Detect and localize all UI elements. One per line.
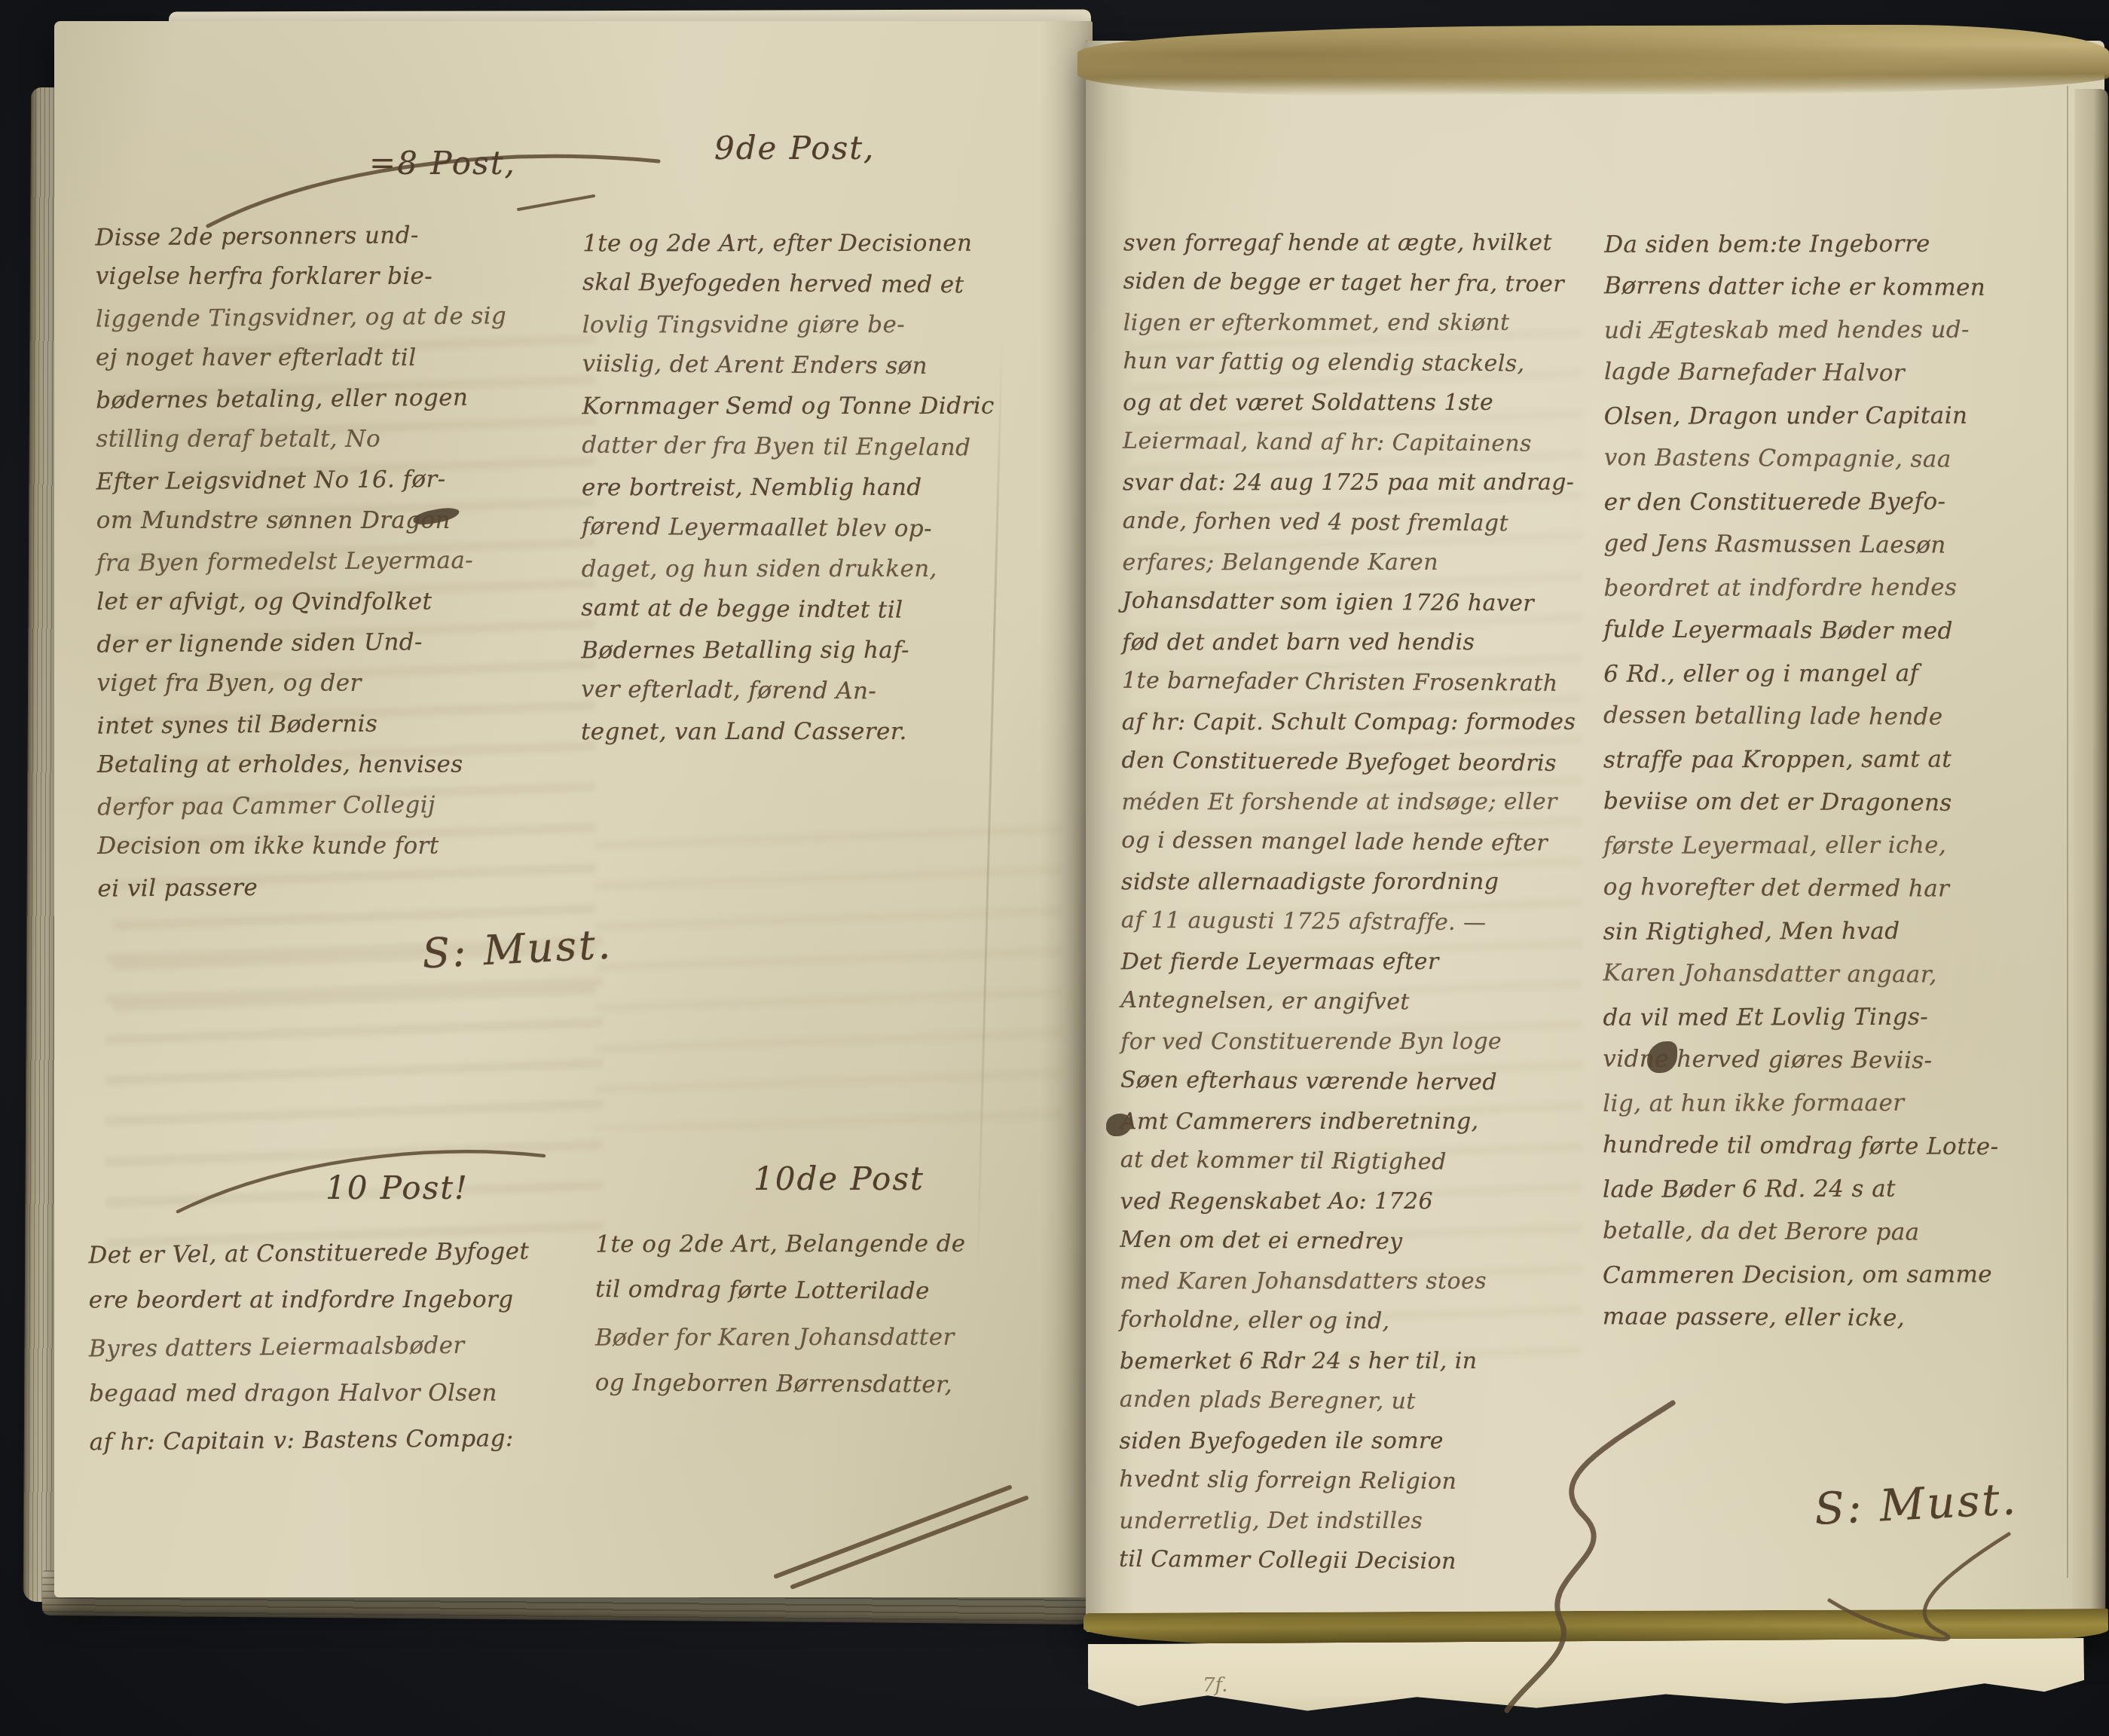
handwriting-line: Leiermaal, kand af hr: Capitainens xyxy=(1123,421,1605,464)
handwriting-line: vigelse herfra forklarer bie- xyxy=(96,256,593,297)
handwriting-line: ligen er efterkommet, end skiønt xyxy=(1123,303,1606,344)
handwriting-line: Karen Johansdatter angaar, xyxy=(1603,952,2092,997)
handwriting-line: Efter Leigsvidnet No 16. før- xyxy=(96,457,593,502)
handwriting-line: dessen betalling lade hende xyxy=(1603,694,2093,739)
handwriting-line: skal Byefogeden herved med et xyxy=(582,262,1080,307)
handwriting-line: og at det været Soldattens 1ste xyxy=(1123,383,1605,423)
handwriting-line: Amt Cammerers indberetning, xyxy=(1120,1102,1603,1142)
handwriting-line: ej noget haver efterladt til xyxy=(96,338,593,378)
section-heading-post10b: 10de Post xyxy=(753,1160,925,1197)
handwriting-line: af hr: Capitain v: Bastens Compag: xyxy=(89,1414,617,1466)
handwriting-line: erfares; Belangende Karen xyxy=(1123,542,1605,583)
handwriting-line: til omdrag førte Lotterilade xyxy=(595,1266,1085,1316)
handwriting-line: bødernes betaling, eller nogen xyxy=(96,376,593,420)
handwriting-line: siden Byefogeden ile somre xyxy=(1119,1421,1601,1462)
handwriting-line: méden Et forshende at indsøge; eller xyxy=(1121,782,1603,823)
handwriting-line: anden plads Beregner, ut xyxy=(1120,1380,1602,1423)
handwriting-line: Bøder for Karen Johansdatter xyxy=(595,1313,1085,1361)
handwriting-line: førend Leyermaallet blev op- xyxy=(582,506,1079,551)
signature-must-left: S: Must. xyxy=(421,920,614,977)
handwriting-line: begaad med dragon Halvor Olsen xyxy=(89,1369,616,1417)
handwriting-line: svar dat: 24 aug 1725 paa mit andrag- xyxy=(1123,463,1605,503)
section-heading-post9: 9de Post, xyxy=(714,130,875,167)
handwriting-line: Bødernes Betalling sig haf- xyxy=(581,630,1078,671)
handwriting-line: sin Rigtighed, Men hvad xyxy=(1603,909,2093,954)
handwriting-line: underretlig, Det indstilles xyxy=(1119,1501,1601,1542)
handwriting-line: maae passere, eller icke, xyxy=(1603,1295,2092,1340)
handwriting-line: lig, at hun ikke formaaer xyxy=(1603,1081,2092,1126)
handwriting-line: Disse 2de personners und- xyxy=(95,213,592,258)
handwriting-line: sidste allernaadigste forordning xyxy=(1121,862,1603,903)
right-page-crumpled-top-edge xyxy=(1077,24,2109,97)
handwriting-line: ere bortreist, Nemblig hand xyxy=(582,467,1079,509)
handwriting-line: ged Jens Rasmussen Laesøn xyxy=(1603,522,2093,567)
handwriting-line: 1te og 2de Art, efter Decisionen xyxy=(582,223,1080,264)
handwriting-line: den Constituerede Byefoget beordris xyxy=(1121,741,1603,784)
handwriting-line: tegnet, van Land Casserer. xyxy=(581,711,1078,753)
handwriting-line: fød det andet barn ved hendis xyxy=(1122,622,1604,663)
flourish-stroke xyxy=(518,196,594,209)
handwriting-line: von Bastens Compagnie, saa xyxy=(1604,436,2094,481)
handwriting-line: af 11 augusti 1725 afstraffe. — xyxy=(1121,900,1603,943)
handwriting-line: lagde Barnefader Halvor xyxy=(1604,350,2094,396)
handwriting-line: er den Constituerede Byefo- xyxy=(1604,480,2094,524)
handwriting-line: straffe paa Kroppen, samt at xyxy=(1603,738,2093,782)
handwriting-line: intet synes til Bødernis xyxy=(97,701,594,746)
handwriting-line: beordret at indfordre hendes xyxy=(1603,566,2093,610)
handwriting-line: hun var fattig og elendig stackels, xyxy=(1123,341,1605,384)
text-column-right-1: sven forregaf hende at ægte, hvilketside… xyxy=(1119,222,1606,1582)
handwriting-line: beviise om det er Dragonens xyxy=(1603,780,2093,825)
handwriting-line: 1te barnefader Christen Frosenkrath xyxy=(1122,661,1604,704)
text-column-left-1-post8: Disse 2de personners und-vigelse herfra … xyxy=(95,215,594,908)
handwriting-line: sven forregaf hende at ægte, hvilket xyxy=(1123,223,1606,264)
handwriting-line: Da siden bem:te Ingeborre xyxy=(1604,222,2094,267)
flourish-stroke xyxy=(776,1487,1010,1576)
handwriting-line: ved Regenskabet Ao: 1726 xyxy=(1120,1181,1603,1222)
manuscript-scan: =8 Post, Disse 2de personners und-vigels… xyxy=(0,0,2109,1736)
handwriting-line: til Cammer Collegii Decision xyxy=(1119,1539,1601,1582)
handwriting-line: siden de begge er taget her fra, troer xyxy=(1123,261,1606,304)
handwriting-line: Olsen, Dragon under Capitain xyxy=(1604,394,2094,439)
handwriting-line: Cammeren Decision, om samme xyxy=(1603,1253,2092,1297)
handwriting-line: om Mundstre sønnen Dragon xyxy=(96,500,594,541)
handwriting-line: Antegnelsen, er angifvet xyxy=(1120,980,1603,1023)
marginal-mark: 7f. xyxy=(1203,1674,1228,1697)
handwriting-line: første Leyermaal, eller iche, xyxy=(1603,824,2093,868)
handwriting-line: datter der fra Byen til Engeland xyxy=(582,425,1079,469)
handwriting-line: Decision om ikke kunde fort xyxy=(97,826,594,866)
handwriting-line: daget, og hun siden drukken, xyxy=(582,549,1079,590)
handwriting-line: samt at de begge indtet til xyxy=(581,588,1078,632)
handwriting-line: let er afvigt, og Qvindfolket xyxy=(96,582,594,622)
handwriting-line: og i dessen mangel lade hende efter xyxy=(1121,821,1603,863)
text-column-left-1-post10: Det er Vel, at Constituerede Byfogetere … xyxy=(88,1228,617,1465)
handwriting-line: hundrede til omdrag førte Lotte- xyxy=(1603,1123,2092,1169)
signature-must-right: S: Must. xyxy=(1813,1473,2019,1535)
handwriting-line: udi Ægteskab med hendes ud- xyxy=(1604,308,2094,353)
handwriting-line: lovlig Tingsvidne giøre be- xyxy=(582,304,1080,346)
handwriting-line: viget fra Byen, og der xyxy=(97,663,594,704)
flourish-stroke xyxy=(761,1463,1047,1591)
text-column-left-2-post10: 1te og 2de Art, Belangende detil omdrag … xyxy=(595,1220,1086,1408)
handwriting-line: hvednt slig forreign Religion xyxy=(1119,1459,1601,1502)
handwriting-line: ande, forhen ved 4 post fremlagt xyxy=(1123,501,1605,544)
handwriting-line: Men om det ei ernedrey xyxy=(1120,1220,1602,1263)
handwriting-line: at det kommer til Rigtighed xyxy=(1120,1140,1603,1183)
section-heading-post8: =8 Post, xyxy=(369,145,516,182)
handwriting-line: bemerket 6 Rdr 24 s her til, in xyxy=(1120,1341,1602,1382)
handwriting-line: Kornmager Semd og Tonne Didric xyxy=(582,386,1079,427)
handwriting-line: af hr: Capit. Schult Compag: formodes xyxy=(1122,702,1604,743)
handwriting-line: ei vil passere xyxy=(97,864,594,909)
handwriting-line: 6 Rd., eller og i mangel af xyxy=(1603,652,2093,696)
handwriting-line: ere beordert at indfordre Ingeborg xyxy=(89,1276,616,1323)
handwriting-line: betalle, da det Berore paa xyxy=(1603,1209,2092,1255)
flourish-stroke xyxy=(1793,1522,2034,1650)
handwriting-line: liggende Tingsvidner, og at de sig xyxy=(96,295,593,339)
handwriting-line: fra Byen formedelst Leyermaa- xyxy=(96,539,594,583)
handwriting-line: vidne herved giøres Beviis- xyxy=(1603,1038,2092,1083)
handwriting-line: og Ingeborren Børrensdatter, xyxy=(595,1359,1085,1409)
text-column-right-2: Da siden bem:te IngeborreBørrens datter … xyxy=(1603,222,2095,1340)
handwriting-line: viislig, det Arent Enders søn xyxy=(582,344,1079,388)
handwriting-line: 1te og 2de Art, Belangende de xyxy=(595,1220,1085,1267)
handwriting-line: og hvorefter det dermed har xyxy=(1603,866,2093,911)
handwriting-line: Betaling at erholdes, henvises xyxy=(97,744,594,785)
handwriting-line: med Karen Johansdatters stoes xyxy=(1120,1261,1602,1302)
handwriting-line: stilling deraf betalt, No xyxy=(96,419,593,460)
handwriting-line: Byres datters Leiermaalsbøder xyxy=(89,1321,617,1373)
handwriting-line: for ved Constituerende Byn loge xyxy=(1120,1022,1603,1062)
flourish-stroke xyxy=(1829,1534,2009,1640)
handwriting-line: der er lignende siden Und- xyxy=(96,620,594,665)
handwriting-line: forholdne, eller og ind, xyxy=(1120,1300,1602,1343)
handwriting-line: ver efterladt, førend An- xyxy=(581,669,1078,714)
handwriting-line: Johansdatter som igien 1726 haver xyxy=(1122,581,1604,624)
handwriting-line: Børrens datter iche er kommen xyxy=(1604,264,2094,310)
handwriting-line: lade Bøder 6 Rd. 24 s at xyxy=(1603,1167,2092,1212)
handwriting-line: fulde Leyermaals Bøder med xyxy=(1603,608,2093,653)
handwriting-line: Søen efterhaus værende herved xyxy=(1120,1060,1603,1103)
handwriting-line: Det fierde Leyermaas efter xyxy=(1121,942,1603,983)
handwriting-line: derfor paa Cammer Collegij xyxy=(97,783,594,827)
text-column-left-2-post9: 1te og 2de Art, efter Decisionenskal Bye… xyxy=(581,222,1080,753)
flourish-stroke xyxy=(793,1498,1026,1587)
handwriting-line: Det er Vel, at Constituerede Byfoget xyxy=(88,1227,616,1279)
section-heading-post10: 10 Post! xyxy=(326,1169,469,1206)
handwriting-line: da vil med Et Lovlig Tings- xyxy=(1603,995,2092,1040)
